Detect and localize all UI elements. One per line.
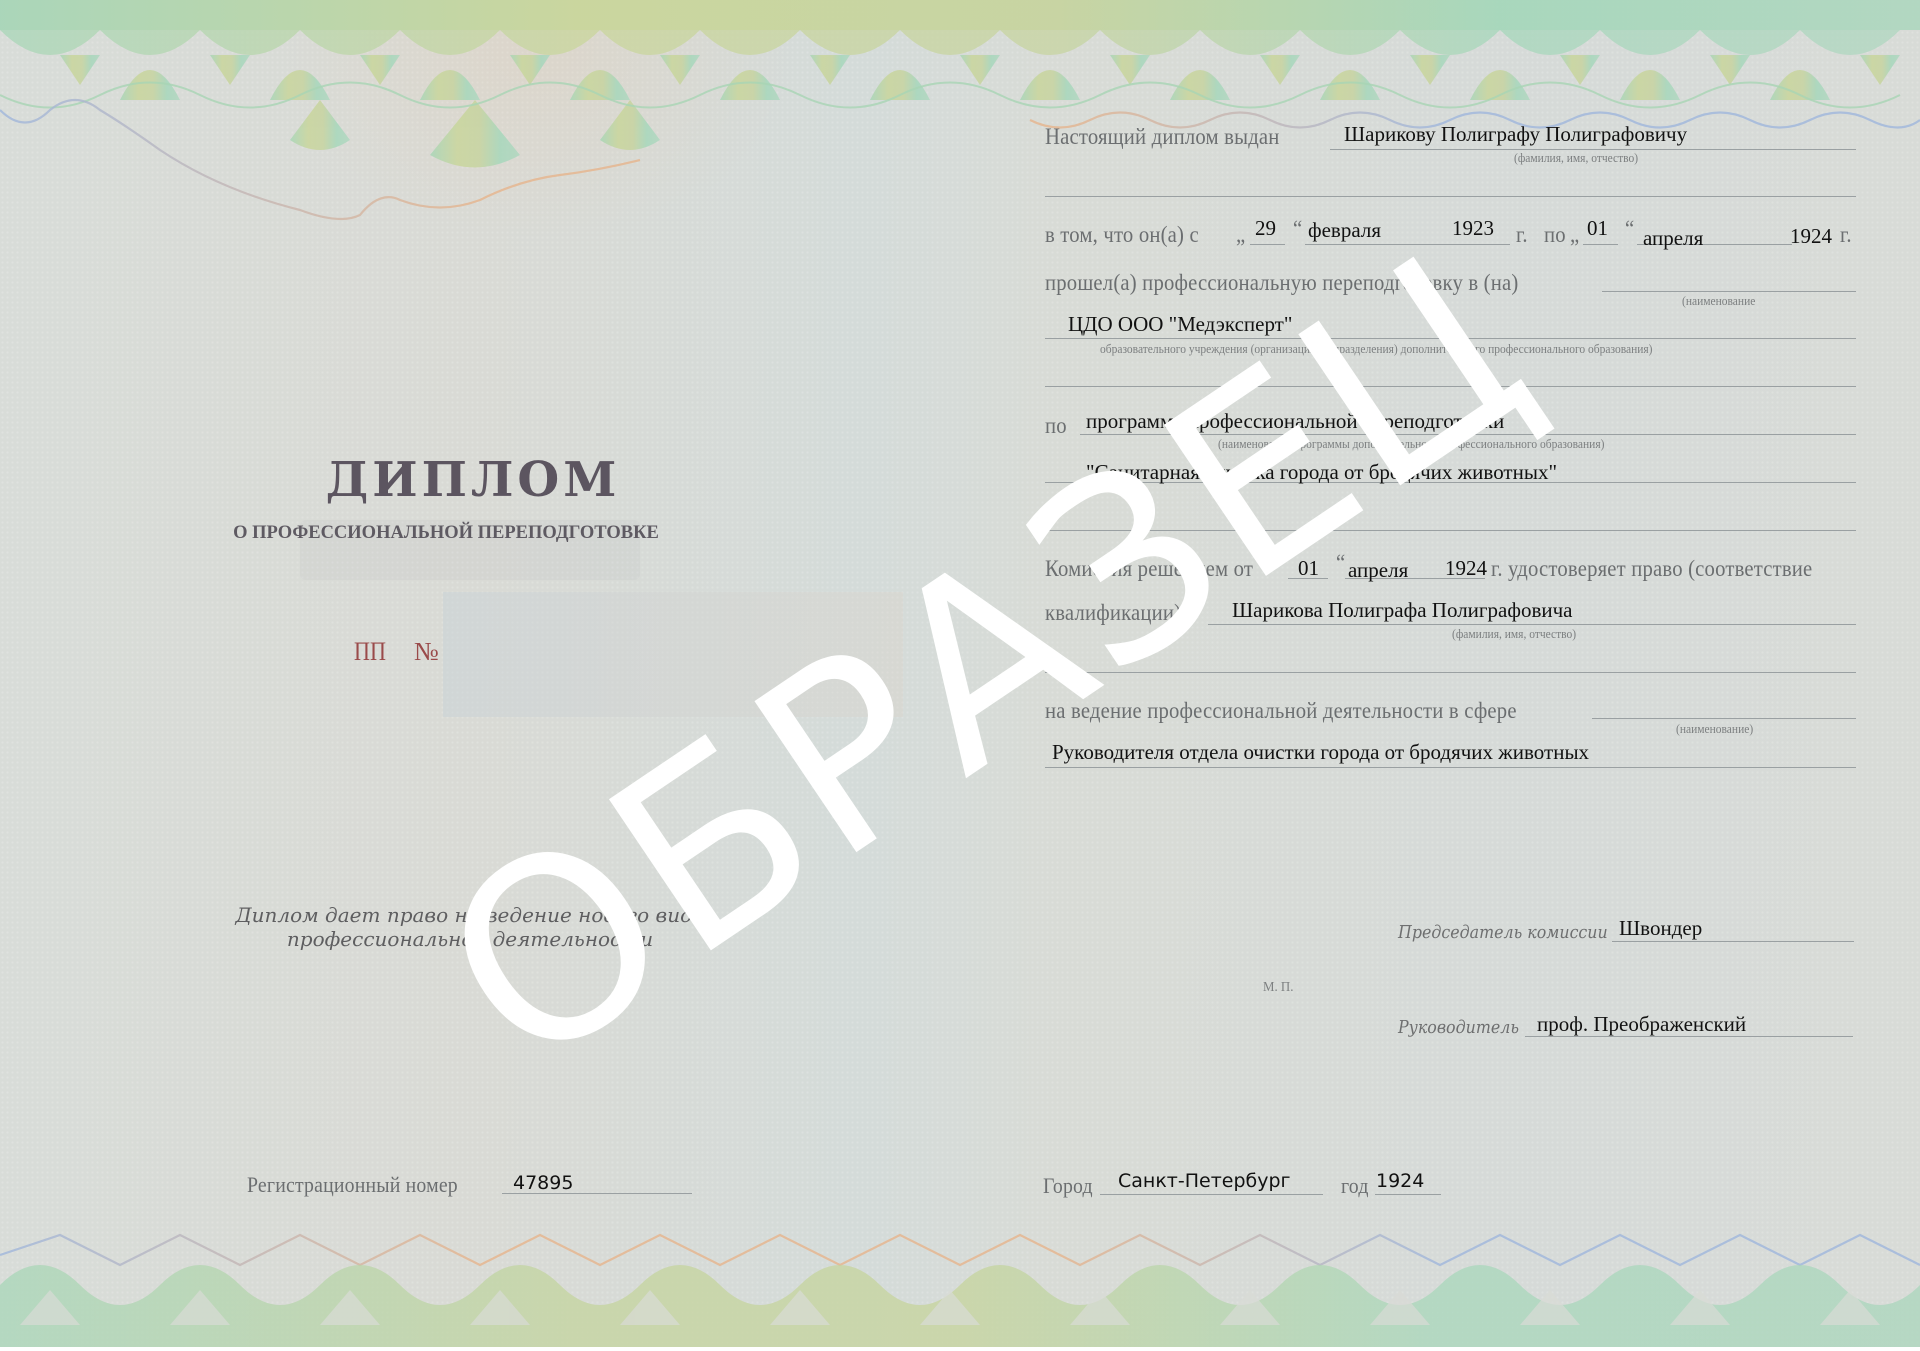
qualification-underline <box>1208 624 1856 625</box>
activity-value[interactable]: Руководителя отдела очистки города от бр… <box>1052 740 1589 765</box>
from-day[interactable]: 29 <box>1255 216 1276 241</box>
blank-line-1 <box>1045 196 1856 197</box>
head-label: Руководитель <box>1398 1017 1519 1038</box>
commission-suffix: г. удостоверяет право (соответствие <box>1491 556 1812 582</box>
to-open-quote: „ <box>1570 222 1579 248</box>
city-value[interactable]: Санкт-Петербург <box>1118 1170 1291 1192</box>
name-caption-start: (наименование <box>1682 294 1755 309</box>
issued-to-value[interactable]: Шарикову Полиграфу Полиграфовичу <box>1344 122 1687 147</box>
to-day[interactable]: 01 <box>1587 216 1608 241</box>
to-close-quote: “ <box>1625 216 1634 242</box>
from-close-quote: “ <box>1293 216 1302 242</box>
year-underline <box>1375 1194 1441 1195</box>
diploma-title: ДИПЛОМ <box>326 452 621 508</box>
chairman-label: Председатель комиссии <box>1398 922 1608 943</box>
to-prefix: по <box>1544 222 1566 248</box>
issued-to-label: Настоящий диплом выдан <box>1045 124 1280 150</box>
activity-caption: (наименование) <box>1676 722 1753 737</box>
diploma-subtitle: О ПРОФЕССИОНАЛЬНОЙ ПЕРЕПОДГОТОВКЕ <box>233 523 659 544</box>
fio-caption-1: (фамилия, имя, отчество) <box>1514 151 1638 166</box>
stamp-label: М. П. <box>1263 980 1293 996</box>
issued-to-underline <box>1330 149 1856 150</box>
passed-underline <box>1602 291 1856 292</box>
year-value[interactable]: 1924 <box>1376 1170 1424 1192</box>
bottom-guilloche-border <box>0 1225 1920 1347</box>
diploma-sheet: ДИПЛОМ О ПРОФЕССИОНАЛЬНОЙ ПЕРЕПОДГОТОВКЕ… <box>0 0 1920 1347</box>
from-year[interactable]: 1923 <box>1452 216 1494 241</box>
from-day-underline <box>1250 244 1285 245</box>
period-prefix: в том, что он(а) с <box>1045 222 1199 248</box>
activity-value-underline <box>1045 767 1856 768</box>
city-label: Город <box>1043 1173 1093 1199</box>
to-year[interactable]: 1924 <box>1790 224 1832 249</box>
from-year-suffix: г. <box>1516 222 1528 248</box>
from-open-quote: „ <box>1236 222 1245 248</box>
reg-number-value[interactable]: 47895 <box>513 1172 573 1194</box>
sample-watermark: ОБРАЗЕЦ <box>406 213 1566 1108</box>
city-underline <box>1100 1194 1323 1195</box>
fio-caption-2: (фамилия, имя, отчество) <box>1452 627 1576 642</box>
commission-year[interactable]: 1924 <box>1445 556 1487 581</box>
to-day-underline <box>1583 244 1618 245</box>
number-sign: № <box>414 637 439 667</box>
activity-underline <box>1592 718 1856 719</box>
to-month[interactable]: апреля <box>1643 226 1703 251</box>
series-label: ПП <box>354 637 386 667</box>
reg-number-label: Регистрационный номер <box>247 1172 458 1198</box>
from-year-underline <box>1448 244 1510 245</box>
head-value[interactable]: проф. Преображенский <box>1537 1012 1746 1037</box>
chairman-value[interactable]: Швондер <box>1619 916 1702 941</box>
chairman-underline <box>1612 941 1854 942</box>
year-label: год <box>1341 1173 1369 1199</box>
to-year-suffix: г. <box>1840 222 1852 248</box>
